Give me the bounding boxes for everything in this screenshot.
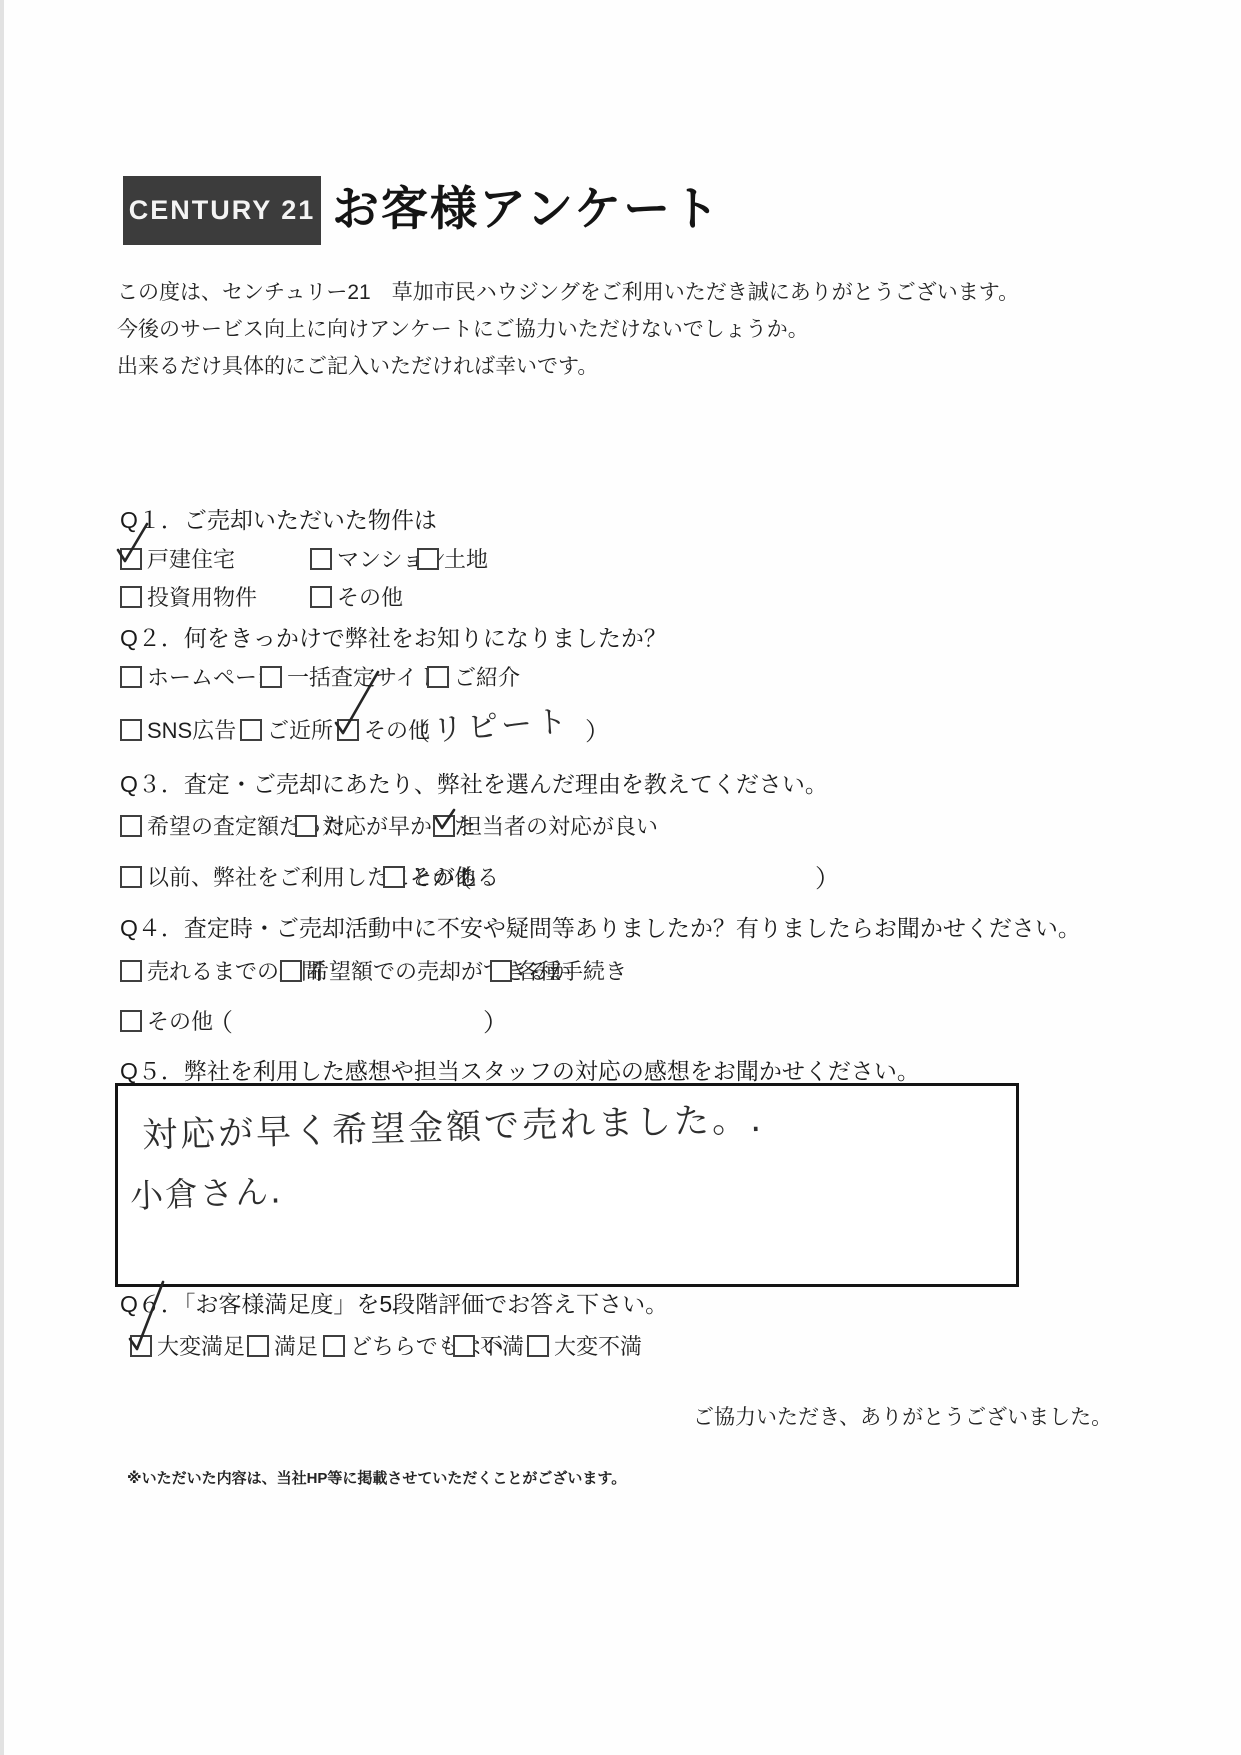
option-label: 戸建住宅 xyxy=(147,547,235,572)
scan-edge-artifact xyxy=(0,0,4,1755)
checkbox-icon[interactable] xyxy=(120,586,142,608)
option-q4-other[interactable]: その他 xyxy=(120,1005,213,1036)
option-q4-procedures[interactable]: 各種手続き xyxy=(490,955,627,986)
q3-other-paren-open: （ xyxy=(447,859,472,895)
option-label: 土地 xyxy=(444,547,488,572)
option-q6-satisfied[interactable]: 満足 xyxy=(247,1330,318,1361)
checkbox-icon[interactable] xyxy=(130,1335,152,1357)
q5-answer-box[interactable]: 対応が早く希望金額で売れました。. 小倉さん. xyxy=(115,1083,1019,1287)
option-label: 満足 xyxy=(274,1334,318,1359)
checkbox-icon[interactable] xyxy=(240,719,262,741)
option-label: 一括査定サイト xyxy=(287,665,439,690)
q2-other-handwritten-answer: リピート xyxy=(431,695,573,750)
option-q1-other[interactable]: その他 xyxy=(310,581,403,612)
option-label: その他 xyxy=(147,1009,213,1034)
checkbox-icon[interactable] xyxy=(337,719,359,741)
page-title: お客様アンケート xyxy=(332,172,721,239)
option-q2-neighborhood[interactable]: ご近所 xyxy=(240,714,333,745)
intro-line-1: この度は、センチュリー21 草加市民ハウジングをご利用いただき誠にありがとうござ… xyxy=(117,276,1019,306)
q3-label: Q３．査定・ご売却にあたり、弊社を選んだ理由を教えてください。 xyxy=(120,766,828,799)
checkbox-icon[interactable] xyxy=(120,960,142,982)
option-label: SNS広告 xyxy=(147,718,236,743)
checkbox-icon[interactable] xyxy=(427,666,449,688)
century21-logo: CENTURY 21 xyxy=(123,176,321,245)
option-label: 各種手続き xyxy=(517,959,627,984)
option-label: 不満 xyxy=(480,1334,524,1359)
option-label: その他 xyxy=(337,585,403,610)
option-q2-bulk-appraisal-site[interactable]: 一括査定サイト xyxy=(260,661,439,692)
checkbox-icon[interactable] xyxy=(120,666,142,688)
q2-other-paren-open: （ xyxy=(405,712,430,748)
checkbox-icon[interactable] xyxy=(433,815,455,837)
option-label: ご近所 xyxy=(267,718,333,743)
q5-handwritten-line-2: 小倉さん. xyxy=(129,1165,283,1217)
option-q2-homepage[interactable]: ホームページ xyxy=(120,661,279,692)
q4-other-paren-close: ） xyxy=(483,1003,508,1039)
closing-thanks-text: ご協力いただき、ありがとうございました。 xyxy=(693,1401,1112,1431)
checkbox-icon[interactable] xyxy=(247,1335,269,1357)
option-label: 担当者の対応が良い xyxy=(460,814,658,839)
checkbox-icon[interactable] xyxy=(527,1335,549,1357)
option-label: ご紹介 xyxy=(454,665,520,690)
q5-label: Q５．弊社を利用した感想や担当スタッフの対応の感想をお聞かせください。 xyxy=(120,1053,920,1086)
option-q1-land[interactable]: 土地 xyxy=(417,543,488,574)
q6-label: Q６．「お客様満足度」を5段階評価でお答え下さい。 xyxy=(120,1286,668,1319)
checkbox-icon[interactable] xyxy=(295,815,317,837)
option-label: ホームページ xyxy=(147,665,279,690)
intro-line-3: 出来るだけ具体的にご記入いただければ幸いです。 xyxy=(117,350,598,380)
option-label: 大変満足 xyxy=(157,1334,245,1359)
option-q6-very-satisfied[interactable]: 大変満足 xyxy=(130,1330,245,1361)
q1-label: Q１．ご売却いただいた物件は xyxy=(120,502,437,535)
checkbox-icon[interactable] xyxy=(120,815,142,837)
checkbox-icon[interactable] xyxy=(323,1335,345,1357)
option-label: 大変不満 xyxy=(554,1334,642,1359)
q2-other-paren-close: ） xyxy=(585,712,610,748)
option-q2-referral[interactable]: ご紹介 xyxy=(427,661,520,692)
intro-line-2: 今後のサービス向上に向けアンケートにご協力いただけないでしょうか。 xyxy=(117,313,809,343)
option-q2-sns-ad[interactable]: SNS広告 xyxy=(120,714,236,745)
checkbox-icon[interactable] xyxy=(310,586,332,608)
option-q3-good-agent[interactable]: 担当者の対応が良い xyxy=(433,810,658,841)
q5-handwritten-line-1: 対応が早く希望金額で売れました。. xyxy=(141,1092,764,1158)
checkbox-icon[interactable] xyxy=(383,866,405,888)
checkbox-icon[interactable] xyxy=(310,548,332,570)
q3-other-paren-close: ） xyxy=(815,859,840,895)
option-label: 投資用物件 xyxy=(147,585,257,610)
checkbox-icon[interactable] xyxy=(453,1335,475,1357)
survey-page: CENTURY 21 お客様アンケート この度は、センチュリー21 草加市民ハウ… xyxy=(0,0,1241,1755)
option-q6-very-dissatisfied[interactable]: 大変不満 xyxy=(527,1330,642,1361)
q2-label: Q２．何をきっかけで弊社をお知りになりましたか？ xyxy=(120,620,667,653)
checkbox-icon[interactable] xyxy=(490,960,512,982)
option-q6-dissatisfied[interactable]: 不満 xyxy=(453,1330,524,1361)
q4-label: Q４．査定時・ご売却活動中に不安や疑問等ありましたか？有りましたらお聞かせくださ… xyxy=(120,910,1081,943)
checkbox-icon[interactable] xyxy=(260,666,282,688)
footnote-text: ※いただいた内容は、当社HP等に掲載させていただくことがございます。 xyxy=(127,1467,626,1488)
checkbox-icon[interactable] xyxy=(120,548,142,570)
q4-other-paren-open: （ xyxy=(208,1003,233,1039)
option-q1-detached-house[interactable]: 戸建住宅 xyxy=(120,543,235,574)
checkbox-icon[interactable] xyxy=(120,1010,142,1032)
checkbox-icon[interactable] xyxy=(417,548,439,570)
checkbox-icon[interactable] xyxy=(120,866,142,888)
century21-logo-text: CENTURY 21 xyxy=(129,195,316,226)
checkbox-icon[interactable] xyxy=(120,719,142,741)
option-q1-investment-property[interactable]: 投資用物件 xyxy=(120,581,257,612)
checkbox-icon[interactable] xyxy=(280,960,302,982)
